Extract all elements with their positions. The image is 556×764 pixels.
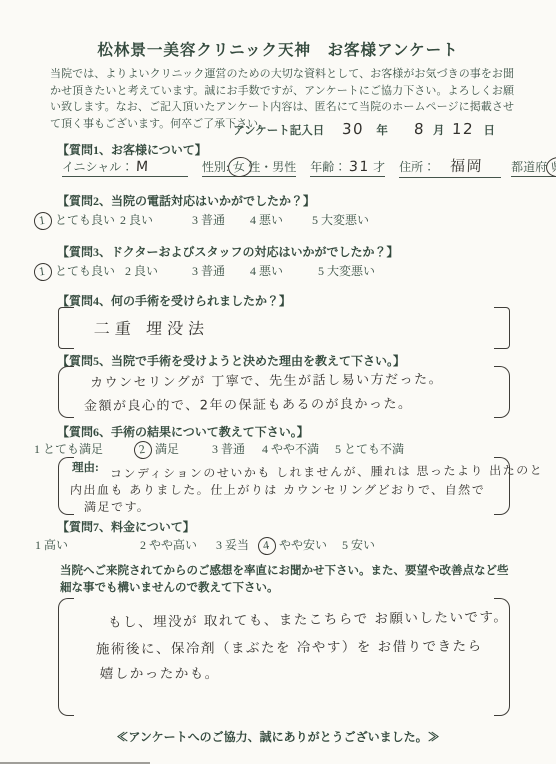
handwritten-q6-line1: コンディションのせいかも しれませんが、腫れは 思ったより 出たのと — [110, 461, 543, 482]
q7-option-1: 1高い — [35, 536, 68, 553]
q3-option-4-num: 4 — [250, 264, 256, 278]
address-field: 住所： 福岡 — [399, 155, 501, 178]
q7-option-5-num: 5 — [342, 538, 348, 552]
handwritten-age: 31 — [349, 159, 371, 175]
gender-label: 性別: — [202, 160, 229, 174]
q2-option-5-num: 5 — [312, 213, 318, 227]
q7-option-3-num: 3 — [216, 538, 222, 552]
handwritten-q4-answer: 二重 埋没法 — [93, 316, 209, 339]
q7-option-4: 4やや安い — [262, 536, 327, 553]
q2-option-2-label: 良い — [129, 213, 153, 227]
survey-scan-page: 松林景一美容クリニック天神 お客様アンケート 当院では、よりよいクリニック運営の… — [0, 0, 556, 764]
q6-option-1-num: 1 — [34, 442, 40, 456]
handwritten-q5-line2: 金額が良心的で、2年の保証もあるのが良かった。 — [84, 393, 413, 414]
q2-option-4-num: 4 — [250, 213, 256, 227]
q6-option-4-label: やや不満 — [271, 442, 319, 456]
q6-option-5-label: とても不満 — [344, 442, 404, 456]
q1-fields-row: イニシャル： M 性別: 女 性・男性 年齢： 31 才 住所： 福岡 都道府 … — [62, 155, 556, 178]
handwritten-month: 8 — [413, 120, 425, 138]
q7-option-1-label: 高い — [44, 538, 68, 552]
prefecture-prefix: 都道府 — [511, 160, 547, 174]
q2-options-row: 1とても良い 2良い 3普通 4悪い 5大変悪い — [0, 211, 556, 231]
q7-option-5: 5安い — [342, 536, 375, 553]
q7-option-2-label: やや高い — [149, 538, 197, 552]
q2-header: 【質問2、当院の電話対応はいかがでしたか？】 — [57, 192, 315, 209]
right-bracket-icon — [494, 307, 510, 349]
q2-option-2: 2良い — [120, 211, 153, 228]
q3-header: 【質問3、ドクターおよびスタッフの対応はいかがでしたか？】 — [57, 243, 399, 260]
q3-option-2-label: 良い — [134, 264, 158, 278]
q3-option-5-label: 大変悪い — [327, 264, 375, 278]
q6-reason-box: 理由: コンディションのせいかも しれませんが、腫れは 思ったより 出たのと 内… — [58, 457, 510, 515]
q3-option-4: 4悪い — [250, 262, 283, 279]
q2-option-4: 4悪い — [250, 211, 283, 228]
q3-option-2-num: 2 — [125, 264, 131, 278]
address-label: 住所： — [399, 160, 435, 174]
q3-options-row: 1とても良い 2良い 3普通 4悪い 5大変悪い — [0, 262, 556, 282]
handwritten-feedback-line3: 嬉しかったかも。 — [99, 662, 220, 682]
q3-option-3-num: 3 — [192, 264, 198, 278]
initial-field: イニシャル： M — [62, 158, 188, 177]
handwritten-feedback-line2: 施術後に、保冷剤（まぶたを 冷やす）を お借りできたら — [96, 634, 483, 657]
left-bracket-icon — [58, 307, 74, 349]
q3-option-1: 1とても良い — [38, 262, 115, 279]
handwritten-day: 12 — [452, 120, 475, 138]
age-field: 年齢： 31 才 — [310, 158, 385, 177]
q6-option-3-label: 普通 — [221, 442, 245, 456]
q6-option-1: 1とても満足 — [34, 440, 103, 457]
q6-option-3: 3普通 — [212, 440, 245, 457]
handwritten-circle-gender: 女 — [227, 155, 254, 178]
q7-option-3: 3妥当 — [216, 536, 249, 553]
q2-option-5-label: 大変悪い — [321, 213, 369, 227]
q7-option-2: 2やや高い — [140, 536, 197, 553]
q5-answer-box: カウンセリングが 丁寧で、先生が話し易い方だった。 金額が良心的で、2年の保証も… — [58, 366, 510, 418]
feedback-box: もし、埋没が 取れても、またこちらで お願いしたいです。 施術後に、保冷剤（まぶ… — [58, 598, 510, 716]
q6-option-2: 2満足 — [138, 440, 179, 457]
q3-option-1-label: とても良い — [55, 264, 115, 278]
prefecture-field: 都道府 県 — [511, 158, 556, 177]
handwritten-q6-line3: 満足です。 — [84, 498, 151, 515]
q6-option-5: 5とても不満 — [335, 440, 404, 457]
page-title: 松林景一美容クリニック天神 お客様アンケート — [0, 38, 556, 60]
handwritten-q5-line1: カウンセリングが 丁寧で、先生が話し易い方だった。 — [90, 368, 443, 391]
day-suffix: 日 — [484, 122, 496, 138]
q2-option-4-label: 悪い — [259, 213, 283, 227]
date-label: アンケート記入日 — [233, 122, 324, 138]
feedback-prompt: 当院へご来院されてからのご感想を率直にお聞かせ下さい。また、要望や改善点など些細… — [60, 563, 516, 597]
q6-option-1-label: とても満足 — [43, 442, 103, 456]
q2-option-1: 1とても良い — [38, 211, 115, 228]
q3-option-2: 2良い — [125, 262, 158, 279]
q3-option-5-num: 5 — [318, 264, 324, 278]
q3-option-4-label: 悪い — [259, 264, 283, 278]
handwritten-year: 30 — [342, 120, 365, 138]
year-suffix: 年 — [376, 122, 388, 138]
handwritten-initial: M — [136, 159, 150, 175]
handwritten-feedback-line1: もし、埋没が 取れても、またこちらで お願いしたいです。 — [108, 605, 509, 631]
survey-date-row: アンケート記入日 30 年 8 月 12 日 — [233, 120, 495, 138]
handwritten-circle-q7: 4 — [257, 536, 277, 556]
handwritten-circle-q3: 1 — [33, 262, 53, 282]
q3-option-5: 5大変悪い — [318, 262, 375, 279]
q4-answer-box: 二重 埋没法 — [58, 307, 510, 349]
q2-option-1-label: とても良い — [55, 213, 115, 227]
handwritten-address: 福岡 — [438, 155, 496, 176]
age-unit: 才 — [373, 160, 385, 174]
q7-option-4-label: やや安い — [279, 538, 327, 552]
gender-options-text: 性・男性 — [248, 160, 296, 174]
q6-option-3-num: 3 — [212, 442, 218, 456]
q6-option-4: 4やや不満 — [262, 440, 319, 457]
q7-option-3-label: 妥当 — [225, 538, 249, 552]
q7-options-row: 1高い 2やや高い 3妥当 4やや安い 5安い — [0, 536, 556, 556]
handwritten-circle-q2: 1 — [33, 211, 53, 231]
q2-option-3: 3普通 — [192, 211, 225, 228]
q3-option-3-label: 普通 — [201, 264, 225, 278]
right-bracket-icon — [494, 366, 510, 418]
q6-header: 【質問6、手術の結果について教えて下さい。】 — [57, 423, 309, 440]
q7-option-1-num: 1 — [35, 538, 41, 552]
left-bracket-icon — [58, 366, 74, 418]
q7-header: 【質問7、料金について】 — [57, 518, 195, 535]
q6-option-5-num: 5 — [335, 442, 341, 456]
reason-label: 理由: — [72, 459, 99, 475]
initial-label: イニシャル： — [62, 160, 133, 174]
q7-option-2-num: 2 — [140, 538, 146, 552]
left-bracket-icon — [58, 598, 74, 716]
q6-option-2-label: 満足 — [155, 442, 179, 456]
q2-option-3-label: 普通 — [201, 213, 225, 227]
gender-field: 性別: 女 性・男性 — [202, 158, 296, 177]
handwritten-q6-line2: 内出血も ありました。仕上がりは カウンセリングどおりで、自然で — [70, 481, 486, 498]
q3-option-3: 3普通 — [192, 262, 225, 279]
q2-option-2-num: 2 — [120, 213, 126, 227]
age-label: 年齢： — [310, 160, 346, 174]
footer-thanks: ≪アンケートへのご協力、誠にありがとうございました。≫ — [0, 728, 556, 745]
month-suffix: 月 — [433, 122, 445, 138]
q2-option-3-num: 3 — [192, 213, 198, 227]
q6-option-4-num: 4 — [262, 442, 268, 456]
q7-option-5-label: 安い — [351, 538, 375, 552]
q2-option-5: 5大変悪い — [312, 211, 369, 228]
handwritten-circle-prefecture: 県 — [545, 155, 556, 178]
